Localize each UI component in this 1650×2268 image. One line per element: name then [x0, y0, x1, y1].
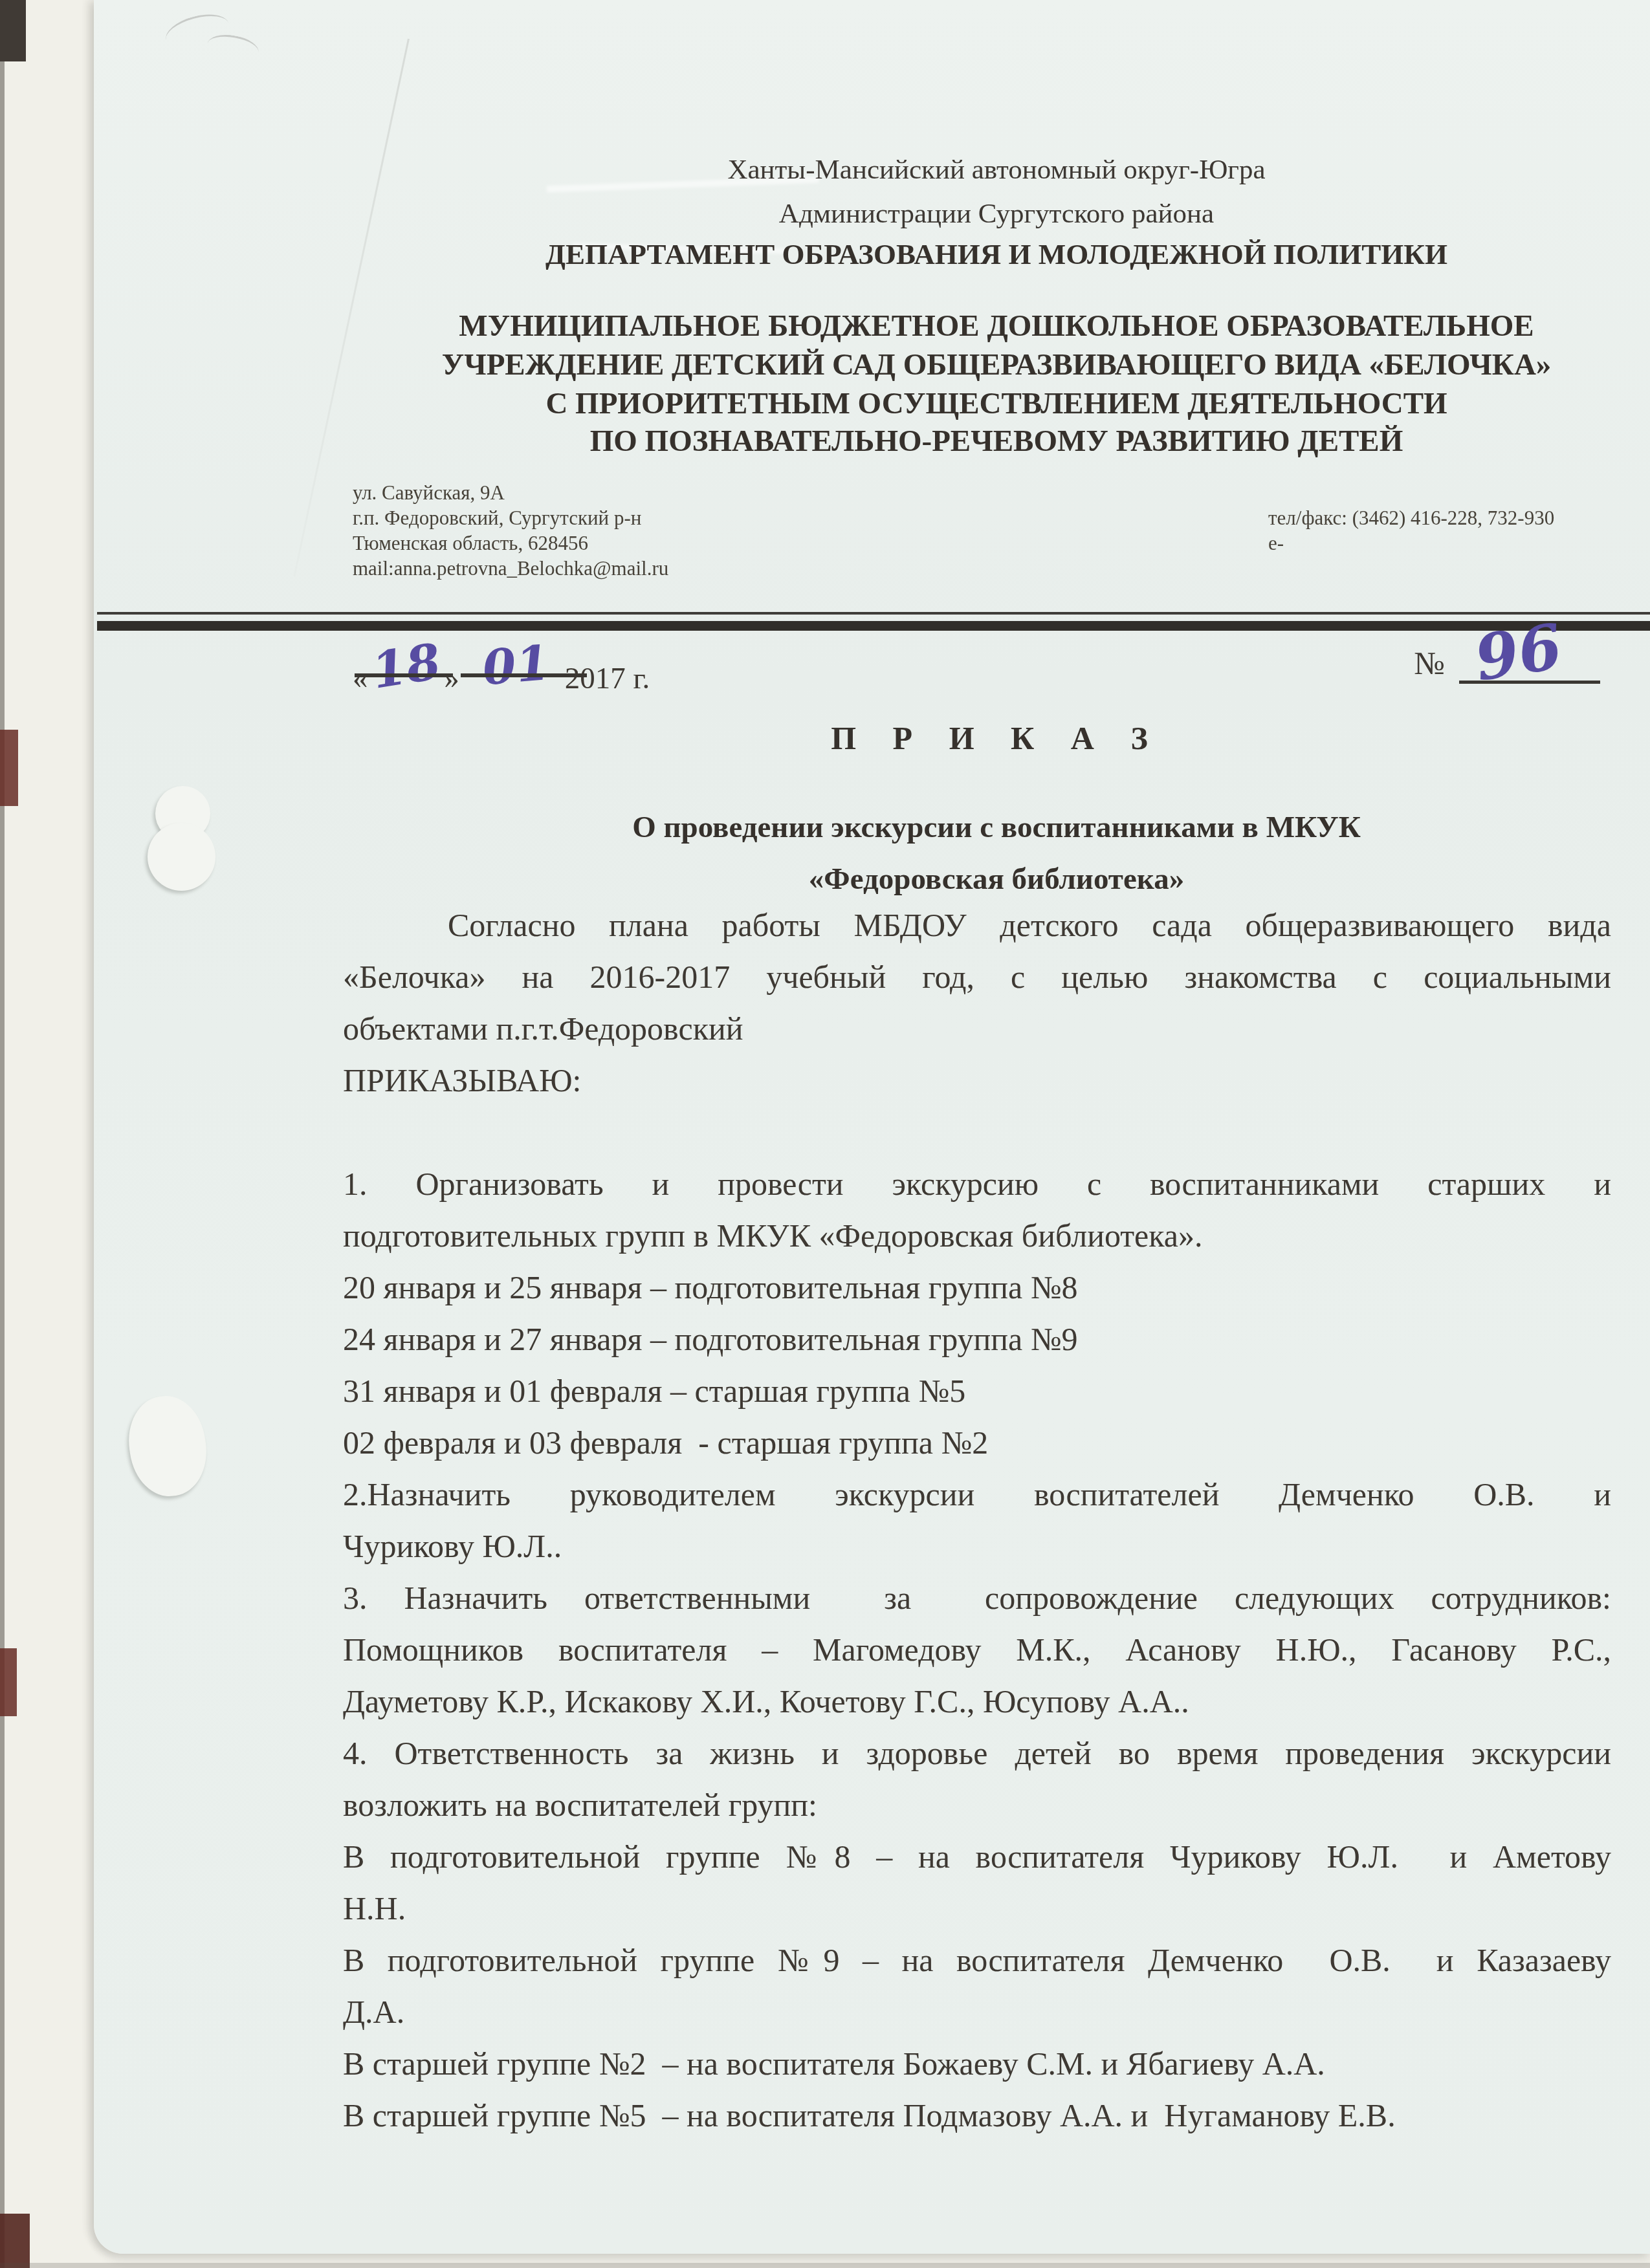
order-line: 02 февраля и 03 февраля - старшая группа… [343, 1417, 1611, 1468]
letterhead-rule-thin [97, 612, 1650, 615]
order-line: подготовительных групп в МКУК «Федоровск… [343, 1210, 1611, 1261]
letterhead-rule-thick [97, 621, 1650, 631]
paper-blemish [148, 823, 215, 891]
order-line: В подготовительной группе №8 – на воспит… [343, 1831, 1611, 1882]
paper-blemish [123, 1391, 212, 1501]
subject-line1: О проведении экскурсии с воспитанниками … [343, 810, 1650, 845]
order-line: В подготовительной группе №9 – на воспит… [343, 1934, 1611, 1986]
order-line: Чурикову Ю.Л.. [343, 1520, 1611, 1572]
order-line: Дауметову К.Р., Искакову Х.И., Кочетову … [343, 1675, 1611, 1727]
order-line: 4. Ответственность за жизнь и здоровье д… [343, 1727, 1611, 1779]
scanned-page: { "colors": { "paper": "#e9efec", "backi… [0, 0, 1650, 2268]
open-quote: « [353, 662, 368, 695]
day-underline [355, 673, 453, 677]
order-line: Д.А. [343, 1986, 1611, 2038]
scan-edge-shadow [0, 0, 5, 2268]
letterhead-org-line3: С ПРИОРИТЕТНЫМ ОСУЩЕСТВЛЕНИЕМ ДЕЯТЕЛЬНОС… [343, 384, 1650, 423]
handwritten-day: 18 [368, 632, 444, 699]
order-line-blank [343, 1106, 1611, 1158]
order-line: 1. Организовать и провести экскурсию с в… [343, 1158, 1611, 1210]
letterhead-org-line2: УЧРЕЖДЕНИЕ ДЕТСКИЙ САД ОБЩЕРАЗВИВАЮЩЕГО … [343, 345, 1650, 384]
date-line: «18»012017 г. [353, 642, 650, 700]
scan-edge-artifact [0, 1648, 17, 1716]
handwritten-month: 01 [480, 635, 551, 697]
letterhead-org-line4: ПО ПОЗНАВАТЕЛЬНО-РЕЧЕВОМУ РАЗВИТИЮ ДЕТЕЙ [343, 422, 1650, 461]
number-underline [1459, 681, 1600, 684]
order-body: Согласно плана работы МБДОУ детского сад… [343, 899, 1611, 2141]
letterhead-contact-block: тел/факс: (3462) 416-228, 732-930 е- [1268, 505, 1644, 556]
order-line: 2.Назначить руководителем экскурсии восп… [343, 1468, 1611, 1520]
doc-type-title: П Р И К А З [343, 719, 1650, 757]
order-line: В старшей группе №5 – на воспитателя Под… [343, 2089, 1611, 2141]
number-sign: № [1414, 644, 1445, 682]
order-line: ПРИКАЗЫВАЮ: [343, 1054, 1611, 1106]
order-line: 31 января и 01 февраля – старшая группа … [343, 1365, 1611, 1417]
month-underline [461, 673, 587, 677]
order-line: возложить на воспитателей групп: [343, 1779, 1611, 1831]
letterhead-address-block: ул. Савуйская, 9А г.п. Федоровский, Сург… [353, 480, 935, 581]
letterhead-org-line1: МУНИЦИПАЛЬНОЕ БЮДЖЕТНОЕ ДОШКОЛЬНОЕ ОБРАЗ… [343, 307, 1650, 345]
phone-fax-line: тел/факс: (3462) 416-228, 732-930 [1268, 505, 1644, 530]
email-prefix-line: е- [1268, 530, 1644, 556]
letterhead-department: ДЕПАРТАМЕНТ ОБРАЗОВАНИЯ И МОЛОДЕЖНОЙ ПОЛ… [343, 234, 1650, 274]
order-line: 24 января и 27 января – подготовительная… [343, 1313, 1611, 1365]
address-line: г.п. Федоровский, Сургутский р-н [353, 505, 935, 530]
address-line: mail:anna.petrovna_Belochka@mail.ru [353, 556, 935, 581]
order-line: Помощников воспитателя – Магомедову М.К.… [343, 1624, 1611, 1675]
order-line: Согласно плана работы МБДОУ детского сад… [343, 899, 1611, 951]
document-sheet: Ханты-Мансийский автономный округ-Югра А… [94, 0, 1650, 2254]
address-line: Тюменская область, 628456 [353, 530, 935, 556]
order-line: 3. Назначить ответственными за сопровожд… [343, 1572, 1611, 1624]
scan-corner-artifact [0, 0, 26, 61]
order-line: «Белочка» на 2016-2017 учебный год, с це… [343, 951, 1611, 1003]
close-quote: » [444, 662, 459, 695]
order-line: В старшей группе №2 – на воспитателя Бож… [343, 2038, 1611, 2089]
letterhead-region-line2: Администрации Сургутского района [343, 194, 1650, 234]
scan-bottom-edge [0, 2263, 1650, 2268]
letterhead-region-line1: Ханты-Мансийский автономный округ-Югра [343, 150, 1650, 190]
paper-smudge [205, 31, 260, 64]
scan-edge-artifact [0, 730, 18, 806]
order-line: 20 января и 25 января – подготовительная… [343, 1261, 1611, 1313]
scan-corner-artifact [0, 2214, 30, 2268]
order-line: объектами п.г.т.Федоровский [343, 1003, 1611, 1054]
address-line: ул. Савуйская, 9А [353, 480, 935, 505]
order-line: Н.Н. [343, 1882, 1611, 1934]
subject-line2: «Федоровская библиотека» [343, 862, 1650, 897]
printed-year: 2017 г. [565, 662, 650, 695]
